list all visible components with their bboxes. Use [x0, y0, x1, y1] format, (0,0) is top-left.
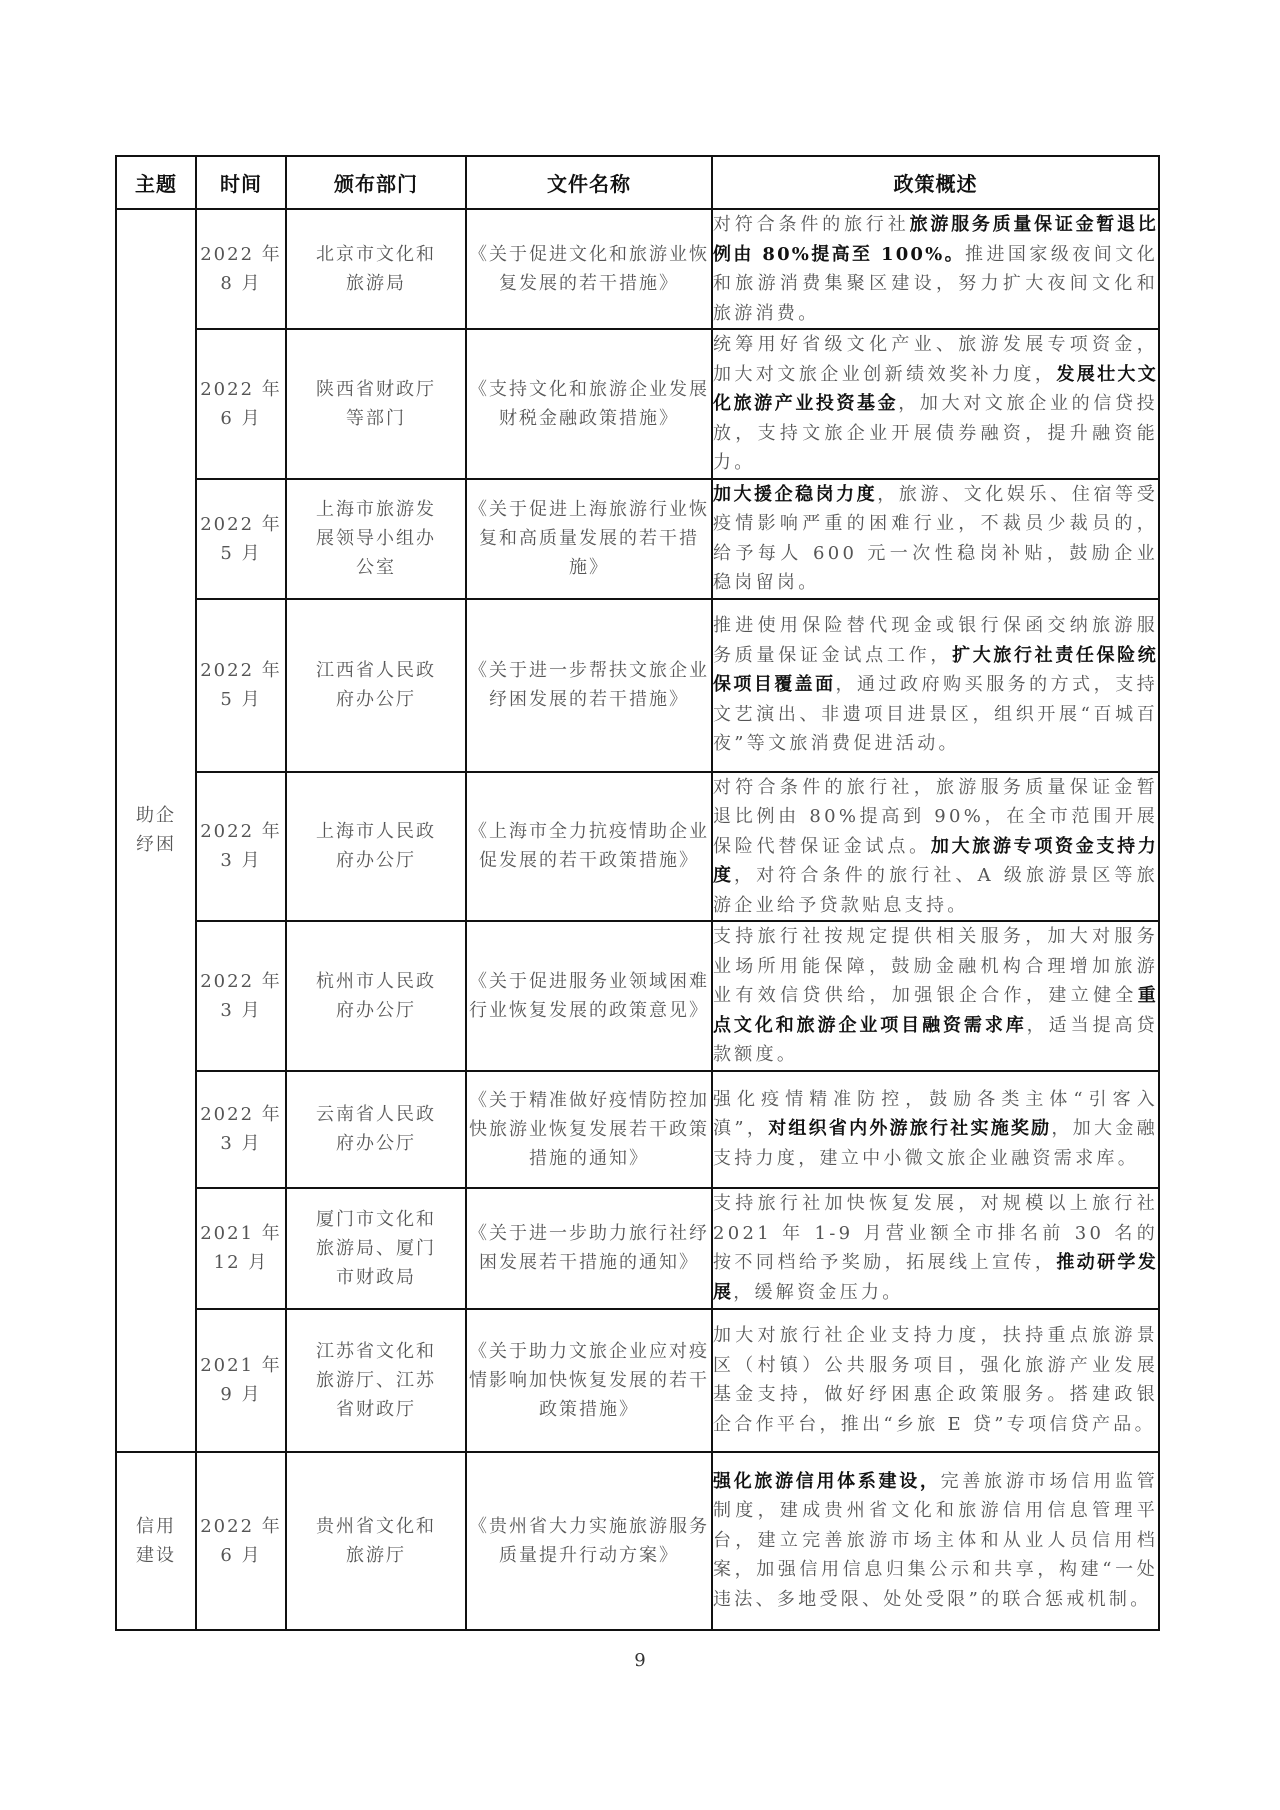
date-year: 2022 年	[197, 240, 285, 269]
header-department: 颁布部门	[286, 156, 466, 209]
department-name: 江苏省文化和旅游厅、江苏省财政厅	[312, 1337, 440, 1424]
document-title: 《上海市全力抗疫情助企业促发展的若干政策措施》	[469, 821, 709, 871]
summary-highlight: 强化旅游信用体系建设，	[713, 1471, 941, 1492]
department-name: 杭州市人民政府办公厅	[312, 967, 440, 1025]
date-month: 5 月	[197, 685, 285, 714]
document-title: 《关于促进文化和旅游业恢复发展的若干措施》	[469, 244, 709, 294]
topic-cell: 信用建设	[116, 1452, 196, 1630]
topic-label: 信用建设	[134, 1512, 178, 1570]
department-name: 上海市人民政府办公厅	[312, 817, 440, 875]
date-cell: 2022 年3 月	[196, 1071, 286, 1188]
document-title: 《支持文化和旅游企业发展财税金融政策措施》	[469, 379, 709, 429]
date-cell: 2021 年12 月	[196, 1188, 286, 1309]
department-cell: 杭州市人民政府办公厅	[286, 921, 466, 1071]
header-topic: 主题	[116, 156, 196, 209]
summary-cell: 支持旅行社按规定提供相关服务，加大对服务业场所用能保障，鼓励金融机构合理增加旅游…	[712, 921, 1159, 1071]
summary-cell: 对符合条件的旅行社，旅游服务质量保证金暂退比例由 80%提高到 90%，在全市范…	[712, 772, 1159, 922]
document-title: 《贵州省大力实施旅游服务质量提升行动方案》	[469, 1516, 709, 1566]
summary-cell: 推进使用保险替代现金或银行保函交纳旅游服务质量保证金试点工作，扩大旅行社责任保险…	[712, 599, 1159, 772]
summary-cell: 对符合条件的旅行社旅游服务质量保证金暂退比例由 80%提高至 100%。推进国家…	[712, 209, 1159, 329]
document-cell: 《支持文化和旅游企业发展财税金融政策措施》	[466, 329, 712, 479]
department-cell: 贵州省文化和旅游厅	[286, 1452, 466, 1630]
department-name: 厦门市文化和旅游局、厦门市财政局	[312, 1205, 440, 1292]
document-cell: 《贵州省大力实施旅游服务质量提升行动方案》	[466, 1452, 712, 1630]
policy-table: 主题 时间 颁布部门 文件名称 政策概述 助企纾困2022 年8 月北京市文化和…	[115, 155, 1160, 1631]
department-cell: 陕西省财政厅等部门	[286, 329, 466, 479]
date-month: 5 月	[197, 539, 285, 568]
date-year: 2022 年	[197, 1100, 285, 1129]
date-year: 2022 年	[197, 967, 285, 996]
summary-cell: 强化疫情精准防控，鼓励各类主体“引客入滇”，对组织省内外游旅行社实施奖励，加大金…	[712, 1071, 1159, 1188]
summary-text: 支持旅行社按规定提供相关服务，加大对服务业场所用能保障，鼓励金融机构合理增加旅游…	[713, 926, 1158, 1006]
summary-cell: 支持旅行社加快恢复发展，对规模以上旅行社 2021 年 1-9 月营业额全市排名…	[712, 1188, 1159, 1309]
document-cell: 《关于促进上海旅游行业恢复和高质量发展的若干措施》	[466, 479, 712, 599]
summary-cell: 加大对旅行社企业支持力度，扶持重点旅游景区（村镇）公共服务项目，强化旅游产业发展…	[712, 1309, 1159, 1452]
table-row: 2021 年9 月江苏省文化和旅游厅、江苏省财政厅《关于助力文旅企业应对疫情影响…	[116, 1309, 1159, 1452]
document-cell: 《关于促进文化和旅游业恢复发展的若干措施》	[466, 209, 712, 329]
topic-cell: 助企纾困	[116, 209, 196, 1452]
document-title: 《关于促进服务业领域困难行业恢复发展的政策意见》	[469, 971, 709, 1021]
document-cell: 《上海市全力抗疫情助企业促发展的若干政策措施》	[466, 772, 712, 922]
date-year: 2021 年	[197, 1351, 285, 1380]
table-header-row: 主题 时间 颁布部门 文件名称 政策概述	[116, 156, 1159, 209]
department-cell: 江苏省文化和旅游厅、江苏省财政厅	[286, 1309, 466, 1452]
table-row: 2022 年6 月陕西省财政厅等部门《支持文化和旅游企业发展财税金融政策措施》统…	[116, 329, 1159, 479]
date-year: 2022 年	[197, 1512, 285, 1541]
date-cell: 2022 年5 月	[196, 479, 286, 599]
document-cell: 《关于进一步帮扶文旅企业纾困发展的若干措施》	[466, 599, 712, 772]
department-cell: 北京市文化和旅游局	[286, 209, 466, 329]
document-cell: 《关于精准做好疫情防控加快旅游业恢复发展若干政策措施的通知》	[466, 1071, 712, 1188]
summary-text: 对符合条件的旅行社	[713, 214, 910, 235]
table-row: 2022 年5 月上海市旅游发展领导小组办公室《关于促进上海旅游行业恢复和高质量…	[116, 479, 1159, 599]
date-month: 9 月	[197, 1380, 285, 1409]
document-cell: 《关于进一步助力旅行社纾困发展若干措施的通知》	[466, 1188, 712, 1309]
topic-label: 助企纾困	[134, 801, 178, 859]
date-cell: 2022 年8 月	[196, 209, 286, 329]
table-row: 2022 年3 月上海市人民政府办公厅《上海市全力抗疫情助企业促发展的若干政策措…	[116, 772, 1159, 922]
page-number: 9	[0, 1650, 1280, 1671]
department-name: 北京市文化和旅游局	[312, 240, 440, 298]
date-year: 2022 年	[197, 817, 285, 846]
date-cell: 2021 年9 月	[196, 1309, 286, 1452]
header-document: 文件名称	[466, 156, 712, 209]
table-row: 助企纾困2022 年8 月北京市文化和旅游局《关于促进文化和旅游业恢复发展的若干…	[116, 209, 1159, 329]
summary-cell: 加大援企稳岗力度，旅游、文化娱乐、住宿等受疫情影响严重的困难行业，不裁员少裁员的…	[712, 479, 1159, 599]
department-cell: 上海市人民政府办公厅	[286, 772, 466, 922]
department-name: 江西省人民政府办公厅	[312, 656, 440, 714]
document-page: 主题 时间 颁布部门 文件名称 政策概述 助企纾困2022 年8 月北京市文化和…	[0, 0, 1280, 1810]
department-name: 上海市旅游发展领导小组办公室	[312, 495, 440, 582]
date-year: 2022 年	[197, 375, 285, 404]
table-row: 2022 年5 月江西省人民政府办公厅《关于进一步帮扶文旅企业纾困发展的若干措施…	[116, 599, 1159, 772]
department-name: 陕西省财政厅等部门	[312, 375, 440, 433]
department-cell: 江西省人民政府办公厅	[286, 599, 466, 772]
department-name: 贵州省文化和旅游厅	[312, 1512, 440, 1570]
summary-text: ，缓解资金压力。	[733, 1282, 903, 1303]
summary-text: 加大对旅行社企业支持力度，扶持重点旅游景区（村镇）公共服务项目，强化旅游产业发展…	[713, 1325, 1158, 1435]
document-title: 《关于助力文旅企业应对疫情影响加快恢复发展的若干政策措施》	[469, 1341, 709, 1420]
date-cell: 2022 年6 月	[196, 329, 286, 479]
table-row: 2022 年3 月杭州市人民政府办公厅《关于促进服务业领域困难行业恢复发展的政策…	[116, 921, 1159, 1071]
department-cell: 云南省人民政府办公厅	[286, 1071, 466, 1188]
document-title: 《关于进一步助力旅行社纾困发展若干措施的通知》	[469, 1223, 709, 1273]
date-month: 3 月	[197, 846, 285, 875]
table-row: 2022 年3 月云南省人民政府办公厅《关于精准做好疫情防控加快旅游业恢复发展若…	[116, 1071, 1159, 1188]
date-month: 3 月	[197, 996, 285, 1025]
summary-cell: 统筹用好省级文化产业、旅游发展专项资金，加大对文旅企业创新绩效奖补力度，发展壮大…	[712, 329, 1159, 479]
date-month: 3 月	[197, 1129, 285, 1158]
table-row: 2021 年12 月厦门市文化和旅游局、厦门市财政局《关于进一步助力旅行社纾困发…	[116, 1188, 1159, 1309]
date-year: 2022 年	[197, 656, 285, 685]
summary-highlight: 对组织省内外游旅行社实施奖励	[768, 1118, 1051, 1139]
date-year: 2022 年	[197, 510, 285, 539]
department-name: 云南省人民政府办公厅	[312, 1100, 440, 1158]
header-time: 时间	[196, 156, 286, 209]
date-year: 2021 年	[197, 1219, 285, 1248]
date-month: 12 月	[197, 1248, 285, 1277]
document-title: 《关于精准做好疫情防控加快旅游业恢复发展若干政策措施的通知》	[469, 1090, 709, 1169]
date-month: 8 月	[197, 269, 285, 298]
document-cell: 《关于促进服务业领域困难行业恢复发展的政策意见》	[466, 921, 712, 1071]
date-month: 6 月	[197, 404, 285, 433]
date-cell: 2022 年3 月	[196, 921, 286, 1071]
document-title: 《关于促进上海旅游行业恢复和高质量发展的若干措施》	[469, 499, 709, 578]
department-cell: 厦门市文化和旅游局、厦门市财政局	[286, 1188, 466, 1309]
document-title: 《关于进一步帮扶文旅企业纾困发展的若干措施》	[469, 660, 709, 710]
date-cell: 2022 年3 月	[196, 772, 286, 922]
summary-highlight: 加大援企稳岗力度	[713, 484, 877, 505]
date-cell: 2022 年5 月	[196, 599, 286, 772]
summary-cell: 强化旅游信用体系建设，完善旅游市场信用监管制度，建成贵州省文化和旅游信用信息管理…	[712, 1452, 1159, 1630]
document-cell: 《关于助力文旅企业应对疫情影响加快恢复发展的若干政策措施》	[466, 1309, 712, 1452]
header-summary: 政策概述	[712, 156, 1159, 209]
summary-text: ，对符合条件的旅行社、A 级旅游景区等旅游企业给予贷款贴息支持。	[713, 865, 1158, 916]
table-row: 信用建设2022 年6 月贵州省文化和旅游厅《贵州省大力实施旅游服务质量提升行动…	[116, 1452, 1159, 1630]
department-cell: 上海市旅游发展领导小组办公室	[286, 479, 466, 599]
date-cell: 2022 年6 月	[196, 1452, 286, 1630]
date-month: 6 月	[197, 1541, 285, 1570]
